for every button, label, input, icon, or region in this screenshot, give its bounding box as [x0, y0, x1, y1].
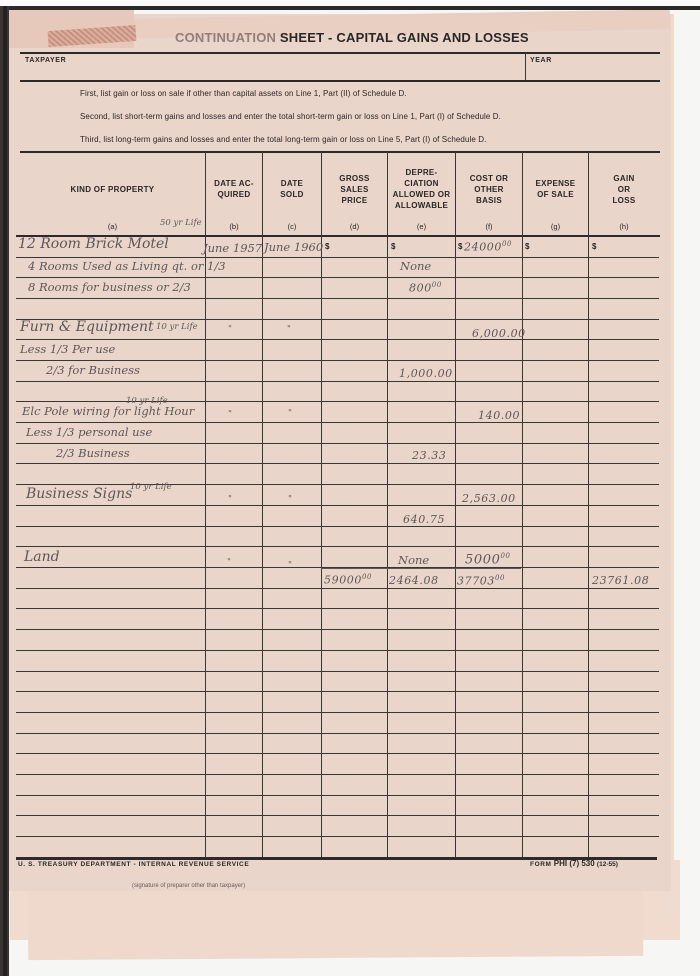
table-row-line: [16, 505, 659, 506]
table-row-line: [16, 712, 659, 713]
entry-electric-life: 10 yr Life: [126, 396, 168, 406]
entry-property-business-furniture: 2/3 for Business: [46, 363, 140, 377]
table-row-line: [16, 774, 659, 775]
footer-agency: U. S. TREASURY DEPARTMENT - INTERNAL REV…: [18, 861, 249, 868]
entry-depreciation-living-rooms: None: [400, 259, 431, 273]
entry-property-business-rooms: 8 Rooms for business or 2/3: [28, 280, 191, 294]
dollar-sign-h: $: [592, 242, 596, 251]
table-row-line: [16, 815, 659, 816]
scan-frame-left-inner: [3, 6, 7, 976]
col-divider-c: [262, 152, 263, 858]
entry-date-sold-electric: ": [288, 408, 292, 418]
table-row-line: [16, 546, 659, 547]
entry-cost-motel-cents: 00: [502, 240, 512, 248]
header-kind-of-property: KIND OF PROPERTY: [20, 158, 205, 220]
table-row-line: [16, 836, 659, 837]
total-gross-sales-price: 5900000: [324, 573, 372, 587]
entry-dep-rooms-value: 800: [409, 282, 432, 295]
entry-cost-electric: 140.00: [478, 409, 520, 422]
table-row-line: [16, 443, 659, 444]
entry-cost-signs: 2,563.00: [462, 492, 516, 505]
year-label: YEAR: [530, 57, 552, 64]
table-row-line: [16, 360, 659, 361]
underlying-sheet-caption: (signature of preparer other than taxpay…: [132, 883, 245, 889]
dollar-sign-f: $: [458, 242, 462, 251]
totals-underline: [321, 568, 521, 569]
entry-property-less-personal-electric: Less 1/3 personal use: [26, 425, 152, 439]
entry-date-acquired-land: ": [227, 557, 231, 567]
col-letter-e: (e): [388, 222, 455, 231]
entry-date-acquired-motel: June 1957: [203, 241, 262, 255]
form-title-obscured: CONTINUATION: [175, 30, 276, 45]
col-divider-d: [321, 152, 322, 858]
entry-property-land: Land: [24, 549, 60, 565]
col-letter-f: (f): [456, 222, 522, 231]
rule-taxpayer-bottom: [20, 80, 660, 82]
header-cost-or-other-basis: COST OR OTHER BASIS: [456, 158, 522, 220]
table-row-line: [16, 753, 659, 754]
entry-cost-land: 500000: [465, 552, 511, 567]
header-date-sold: DATE SOLD: [263, 158, 321, 220]
entry-date-sold-motel: June 1960: [264, 240, 323, 254]
entry-cost-land-value: 5000: [465, 552, 500, 567]
entry-depreciation-signs: 640.75: [403, 513, 445, 526]
entry-depreciation-electric: 23.33: [412, 449, 447, 462]
total-depreciation: 2464.08: [389, 574, 439, 587]
header-date-acquired: DATE AC- QUIRED: [206, 158, 262, 220]
entry-depreciation-land: None: [398, 553, 429, 567]
col-divider-g: [522, 152, 523, 858]
table-row-line: [16, 339, 659, 340]
entry-property-living-rooms: 4 Rooms Used as Living qt. or 1/3: [28, 259, 226, 273]
form-title: CONTINUATION SHEET - CAPITAL GAINS AND L…: [175, 30, 529, 45]
year-field[interactable]: [530, 66, 655, 79]
col-divider-f: [455, 152, 456, 858]
footer-form-prefix: FORM: [530, 861, 552, 868]
entry-dep-rooms-cents: 00: [432, 281, 442, 289]
entry-property-furniture: Furn & Equipment: [20, 319, 154, 335]
instruction-first: First, list gain or loss on sale if othe…: [80, 89, 407, 98]
entry-depreciation-furniture: 1,000.00: [399, 367, 453, 380]
entry-depreciation-business-rooms: 80000: [409, 281, 442, 295]
table-row-line: [16, 671, 659, 672]
table-row-line: [16, 422, 659, 423]
col-letter-d: (d): [322, 222, 387, 231]
entry-cost-land-cents: 00: [500, 552, 510, 560]
instruction-second: Second, list short-term gains and losses…: [80, 112, 501, 121]
table-row-line: [16, 257, 659, 258]
total-cost-cents: 00: [495, 574, 505, 582]
entry-date-acquired-furniture: ": [228, 324, 232, 334]
total-gross-value: 59000: [324, 574, 362, 587]
table-row-line: [16, 277, 659, 278]
handwritten-note-50yr-life: 50 yr Life: [160, 218, 202, 228]
form-title-main: SHEET - CAPITAL GAINS AND LOSSES: [280, 30, 529, 45]
total-cost-value: 37703: [457, 575, 495, 588]
col-divider-e: [387, 152, 388, 858]
footer-form-code: PHI (7) 530: [554, 859, 595, 868]
rule-top: [20, 52, 660, 54]
entry-date-sold-land: ": [288, 560, 292, 570]
entry-furniture-life: 10 yr Life: [156, 322, 198, 332]
table-row-line: [16, 608, 659, 609]
scan-frame-top: [8, 6, 700, 10]
table-row-line: [16, 588, 659, 589]
table-row-line: [16, 463, 659, 464]
table-row-line: [16, 691, 659, 692]
total-gross-cents: 00: [362, 573, 372, 581]
table-row-line: [16, 484, 659, 485]
table-row-line: [16, 795, 659, 796]
year-divider: [525, 53, 526, 80]
footer-form-date: (12-55): [597, 861, 618, 868]
footer-form-number: FORM PHI (7) 530 (12-55): [530, 859, 618, 868]
entry-signs-life: 10 yr Life: [130, 482, 172, 492]
header-gain-or-loss: GAIN OR LOSS: [589, 158, 659, 220]
entry-property-less-personal: Less 1/3 Per use: [20, 342, 115, 356]
col-letter-b: (b): [206, 222, 262, 231]
total-gain-or-loss: 23761.08: [592, 574, 649, 587]
col-divider-b: [205, 152, 206, 858]
col-letter-c: (c): [263, 222, 321, 231]
dollar-sign-d: $: [325, 242, 329, 251]
total-cost-basis: 3770300: [457, 574, 505, 588]
taxpayer-field[interactable]: [25, 66, 520, 79]
entry-date-sold-furniture: ": [287, 324, 291, 334]
entry-cost-motel: 2400000: [464, 240, 512, 254]
header-expense-of-sale: EXPENSE OF SALE: [523, 158, 588, 220]
col-letter-g: (g): [523, 222, 588, 231]
taxpayer-label: TAXPAYER: [25, 57, 66, 64]
entry-property-motel: 12 Room Brick Motel: [18, 236, 169, 252]
entry-cost-furniture: 6,000.00: [472, 327, 526, 340]
table-row-line: [16, 650, 659, 651]
entry-date-acquired-signs: ": [228, 494, 232, 504]
table-row-line: [16, 381, 659, 382]
table-row-line: [16, 401, 659, 402]
table-row-line: [16, 733, 659, 734]
entry-property-electric: Elc Pole wiring for light Hour: [22, 404, 194, 418]
entry-property-business-electric: 2/3 Business: [56, 446, 130, 460]
dollar-sign-g: $: [525, 242, 529, 251]
col-divider-h: [588, 152, 589, 858]
table-row-line: [16, 629, 659, 630]
table-row-line: [16, 526, 659, 527]
entry-cost-motel-value: 24000: [464, 241, 502, 254]
entry-date-acquired-electric: ": [228, 409, 232, 419]
header-depreciation: DEPRE- CIATION ALLOWED OR ALLOWABLE: [388, 158, 455, 220]
col-letter-h: (h): [589, 222, 659, 231]
entry-date-sold-signs: ": [288, 494, 292, 504]
dollar-sign-e: $: [391, 242, 395, 251]
table-top-rule: [20, 151, 660, 153]
entry-property-signs: Business Signs: [26, 486, 132, 502]
table-row-line: [16, 298, 659, 299]
header-gross-sales-price: GROSS SALES PRICE: [322, 158, 387, 220]
instruction-third: Third, list long-term gains and losses a…: [80, 135, 486, 144]
